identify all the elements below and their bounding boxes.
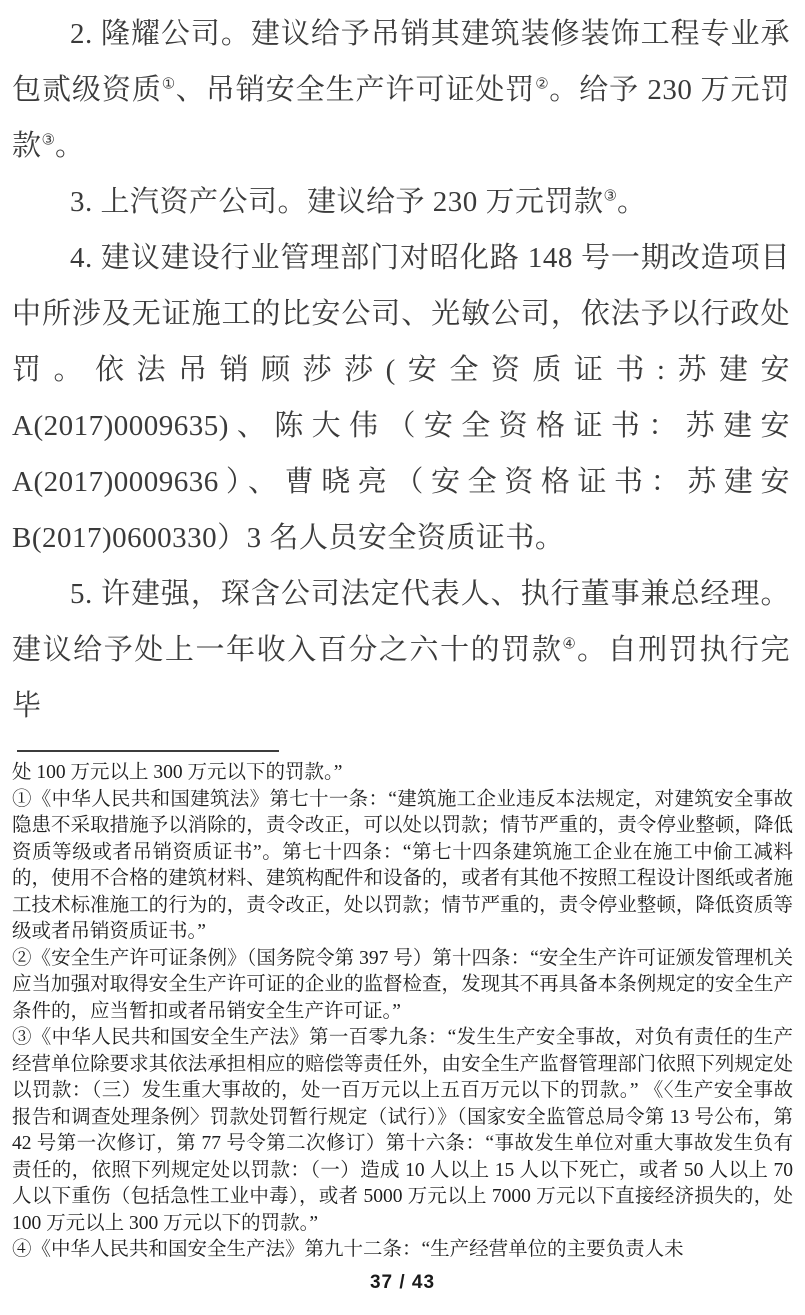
body-paragraph: 5. 许建强，琛含公司法定代表人、执行董事兼总经理。建议给予处上一年收入百分之六… (12, 566, 790, 734)
body-paragraph: 4. 建议建设行业管理部门对昭化路 148 号一期改造项目中所涉及无证施工的比安… (12, 230, 790, 566)
footnote-item: ②《安全生产许可证条例》（国务院令第 397 号）第十四条：“安全生产许可证颁发… (12, 946, 793, 1026)
body-paragraph: 3. 上汽资产公司。建议给予 230 万元罚款③。 (12, 174, 790, 230)
footnote-item: ①《中华人民共和国建筑法》第七十一条：“建筑施工企业违反本法规定，对建筑安全事故… (12, 787, 793, 946)
body-paragraph: 2. 隆耀公司。建议给予吊销其建筑装修装饰工程专业承包贰级资质①、吊销安全生产许… (12, 6, 790, 174)
footnote-ref-marker: ① (162, 76, 176, 92)
footnote-ref-marker: ③ (604, 188, 618, 204)
document-page: 2. 隆耀公司。建议给予吊销其建筑装修装饰工程专业承包贰级资质①、吊销安全生产许… (0, 0, 805, 1315)
footnote-ref-marker: ② (535, 76, 549, 92)
page-number: 37 / 43 (0, 1272, 805, 1294)
footnote-item: 处 100 万元以上 300 万元以下的罚款。” (12, 760, 793, 787)
footnote-separator (17, 750, 279, 752)
footnote-ref-marker: ③ (42, 132, 56, 148)
footnote-item: ④《中华人民共和国安全生产法》第九十二条：“生产经营单位的主要负责人未 (12, 1237, 793, 1264)
footnotes-block: 处 100 万元以上 300 万元以下的罚款。”①《中华人民共和国建筑法》第七十… (0, 760, 805, 1264)
footnote-ref-marker: ④ (562, 636, 577, 652)
footnote-item: ③《中华人民共和国安全生产法》第一百零九条：“发生生产安全事故，对负有责任的生产… (12, 1025, 793, 1237)
main-text-block: 2. 隆耀公司。建议给予吊销其建筑装修装饰工程专业承包贰级资质①、吊销安全生产许… (0, 0, 805, 734)
